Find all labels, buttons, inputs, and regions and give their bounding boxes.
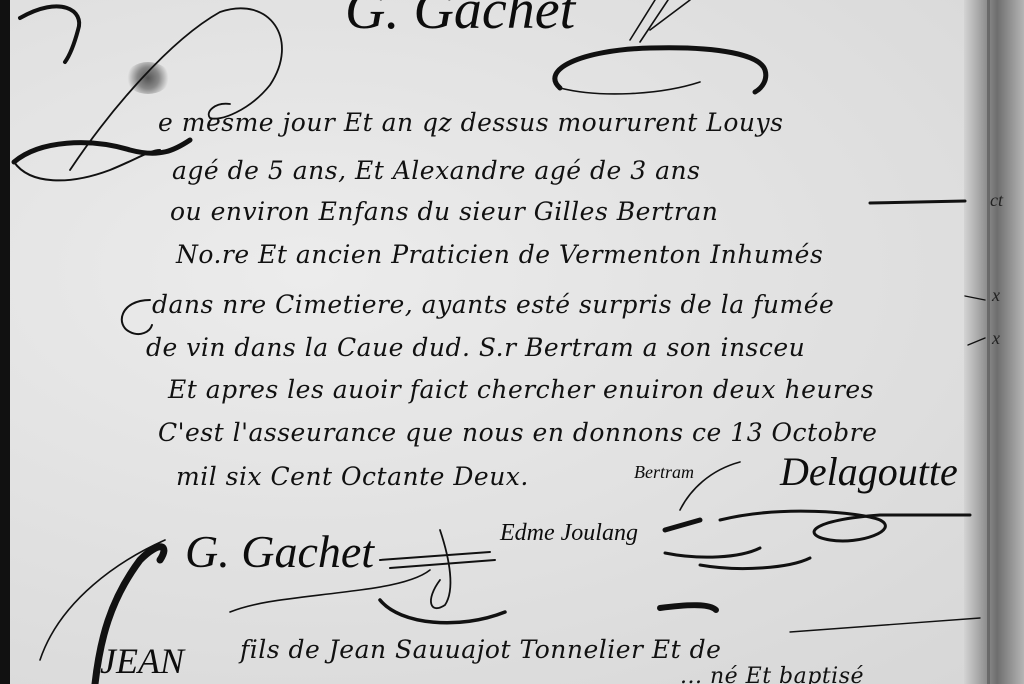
signature-gachet: G. Gachet [185,525,374,578]
header-signature: G. Gachet [345,0,575,42]
entry-line-3: ou environ Enfans du sieur Gilles Bertra… [170,197,718,226]
signature-delagoutte: Delagoutte [780,448,958,495]
manuscript-page: G. Gachet e mesme jour Et an qz dessus m… [0,0,1024,684]
entry-line-1: e mesme jour Et an qz dessus moururent L… [158,108,783,137]
entry-line-9: mil six Cent Octante Deux. [176,462,529,491]
next-entry-line-2: ... né Et baptisé [680,664,864,684]
entry-line-5: dans nre Cimetiere, ayants esté surpris … [152,290,834,319]
margin-note-2: x [992,285,1000,306]
entry-line-6: de vin dans la Caue dud. S.r Bertram a s… [146,333,805,362]
next-entry-initial: JEAN [100,640,184,682]
signature-edme-joulang: Edme Joulang [500,520,638,547]
margin-note-3: x [992,328,1000,349]
next-entry-line-1: fils de Jean Sauuajot Tonnelier Et de [240,635,721,664]
entry-line-7: Et apres les auoir faict chercher enuiro… [168,375,874,404]
entry-line-4: No.re Et ancien Praticien de Vermenton I… [176,240,823,269]
entry-line-2: agé de 5 ans, Et Alexandre agé de 3 ans [172,156,700,185]
entry-line-8: C'est l'asseurance que nous en donnons c… [158,418,877,447]
margin-note-1: ct [990,190,1003,211]
signature-bertram: Bertram [634,462,694,483]
